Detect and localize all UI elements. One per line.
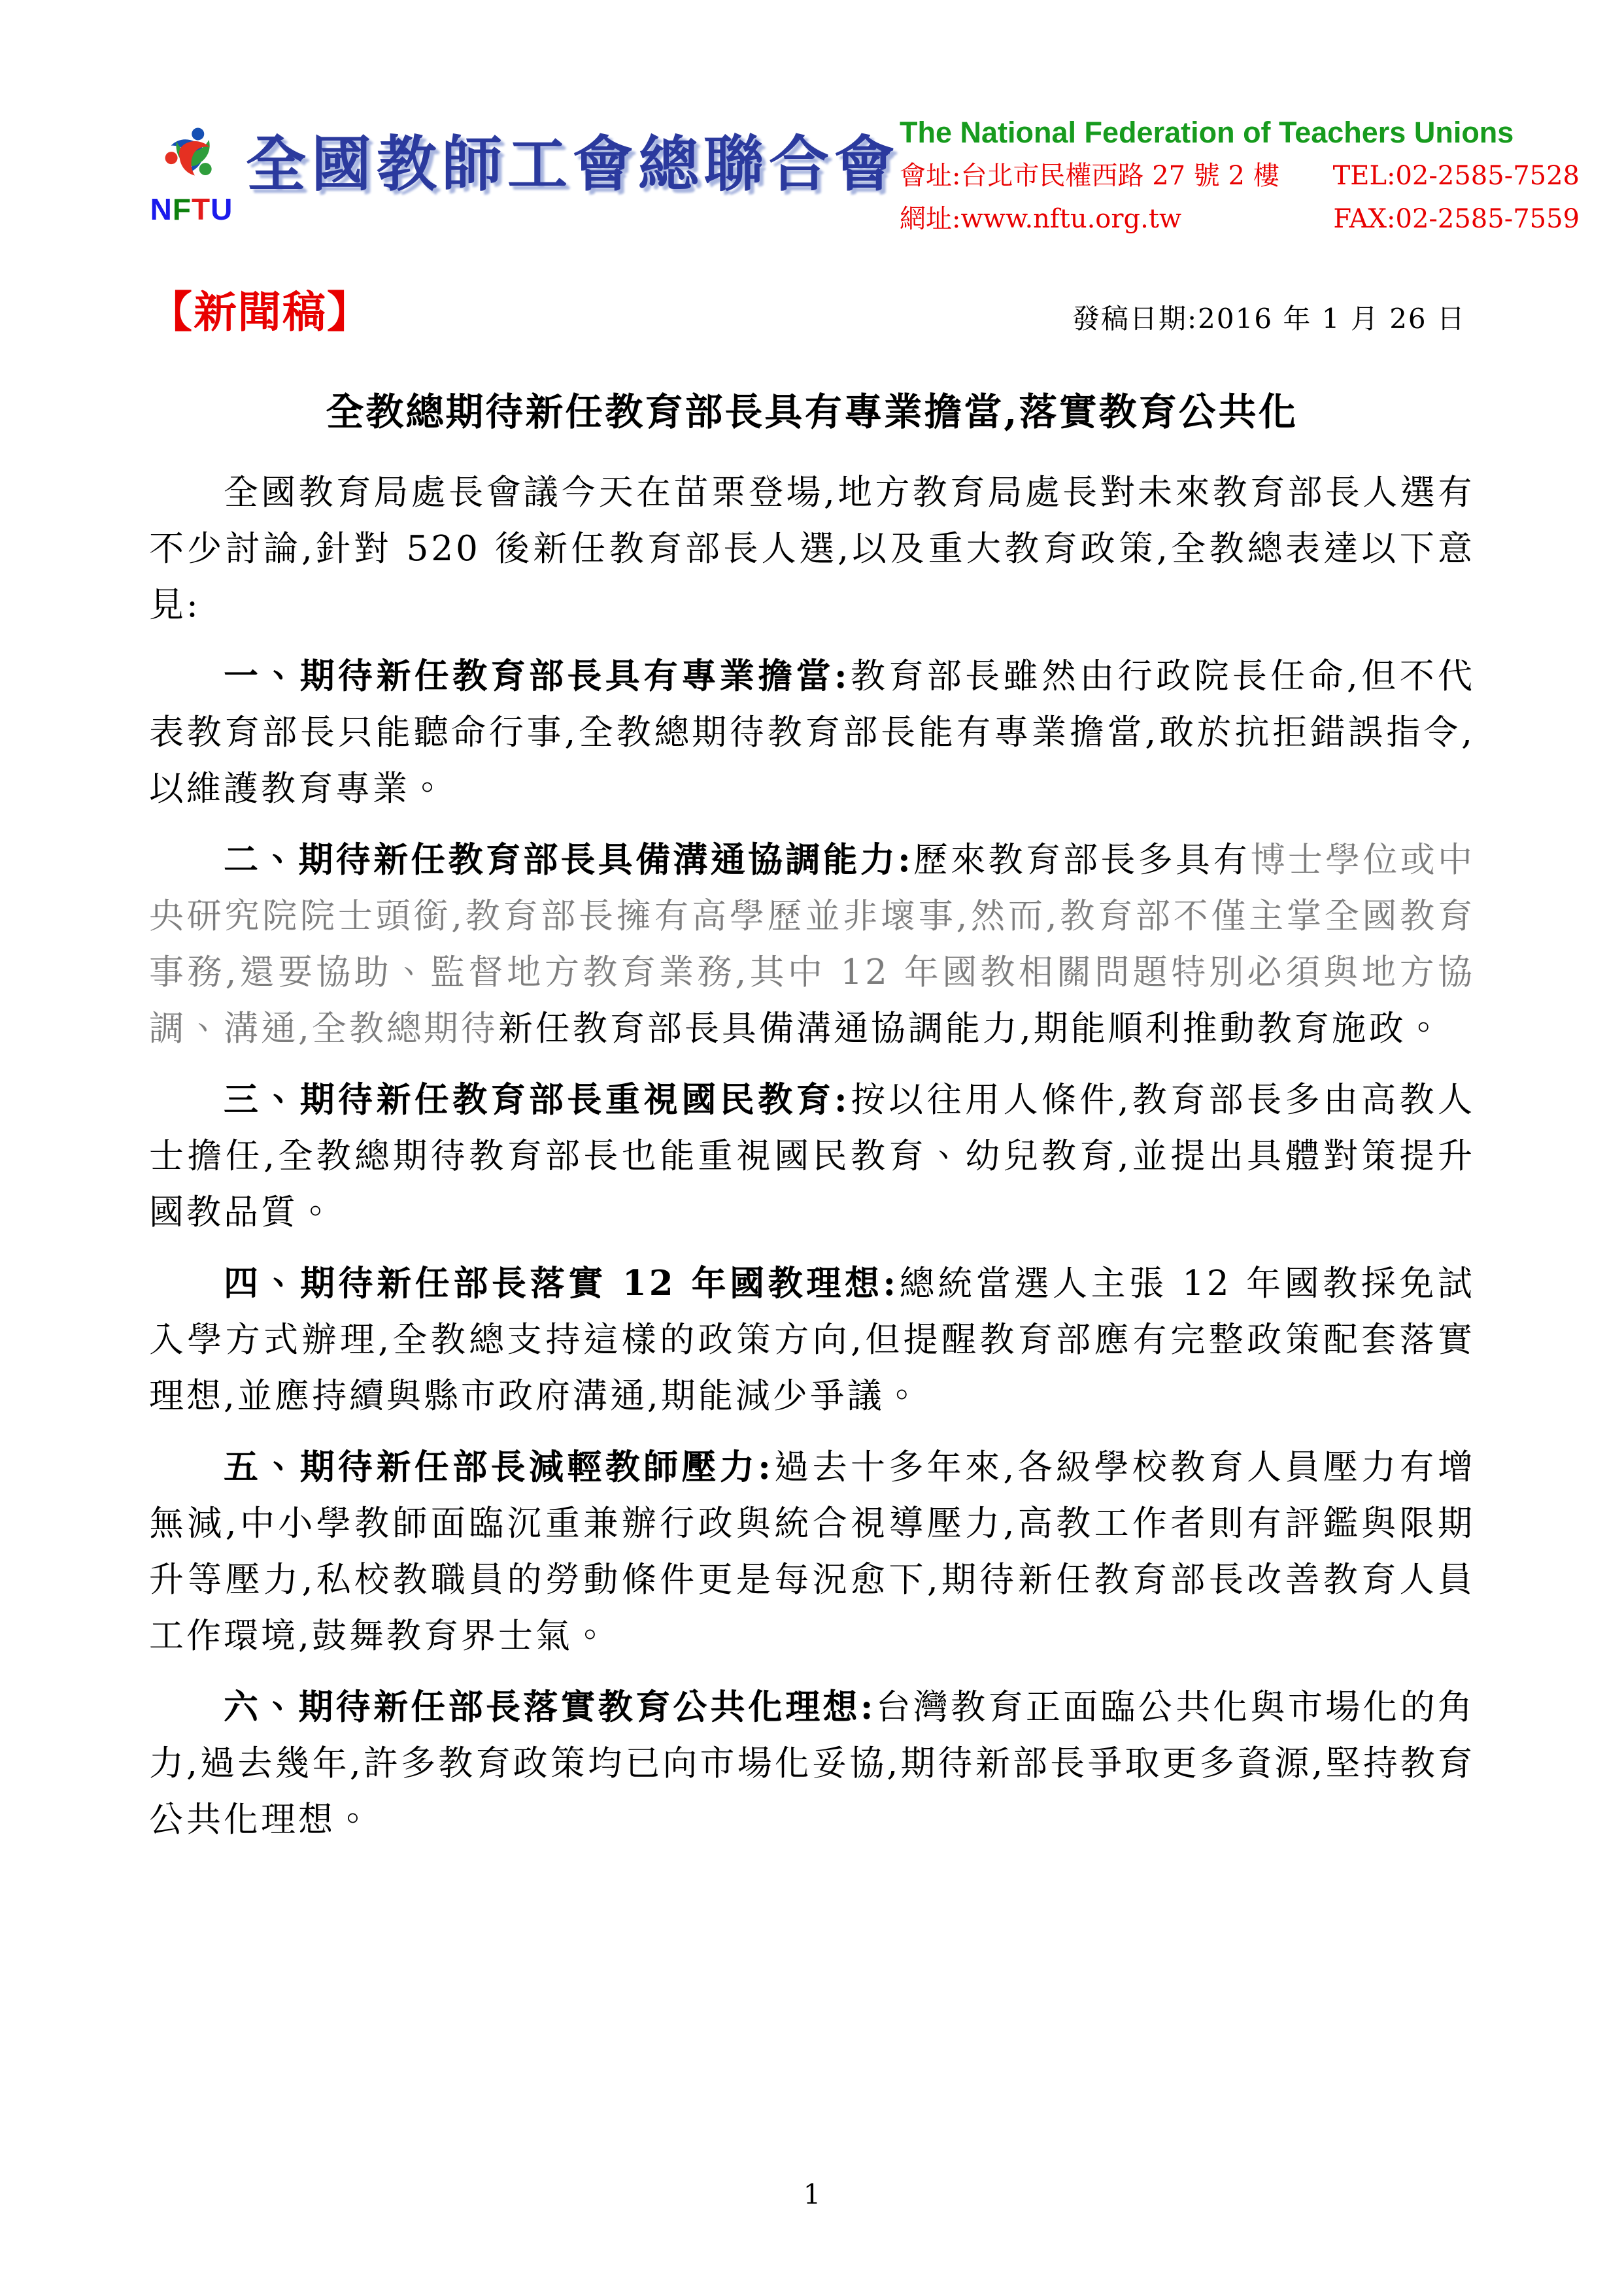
text-segment: 歷來教育部長多具有: [913, 840, 1251, 880]
press-release-page: NFTU 全國教師工會總聯合會 The National Federation …: [0, 0, 1624, 2294]
paragraph: 二、期待新任教育部長具備溝通協調能力:歷來教育部長多具有博士學位或中央研究院院士…: [149, 832, 1475, 1057]
paragraph: 四、期待新任部長落實 12 年國教理想:總統當選人主張 12 年國教採免試入學方…: [149, 1255, 1475, 1425]
document-title: 全教總期待新任教育部長具有專業擔當,落實教育公共化: [149, 381, 1475, 436]
paragraph: 全國教育局處長會議今天在苗栗登場,地方教育局處長對未來教育部長人選有不少討論,針…: [149, 465, 1475, 633]
org-fax: FAX:02-2585-7559: [1333, 203, 1580, 235]
org-address: 會址:台北市民權西路 27 號 2 樓: [900, 160, 1279, 192]
press-release-tag: 【新聞稿】: [149, 277, 371, 339]
meta-row: 【新聞稿】 發稿日期:2016 年 1 月 26 日: [149, 277, 1475, 339]
text-segment: 六、期待新任部長落實教育公共化理想:: [224, 1687, 875, 1727]
org-website: 網址:www.nftu.org.tw: [900, 203, 1181, 235]
paragraph: 三、期待新任教育部長重視國民教育:按以往用人條件,教育部長多由高教人士擔任,全教…: [149, 1071, 1475, 1241]
nftu-logo-icon: [156, 115, 227, 191]
text-segment: 四、期待新任部長落實 12 年國教理想:: [224, 1263, 898, 1304]
nftu-acronym: NFTU: [149, 194, 234, 225]
letterhead-left: NFTU 全國教師工會總聯合會: [149, 110, 900, 225]
page-number: 1: [804, 2178, 821, 2210]
org-name-chinese: 全國教師工會總聯合會: [246, 127, 900, 202]
text-segment: 五、期待新任部長減輕教師壓力:: [224, 1447, 773, 1487]
org-name-english: The National Federation of Teachers Unio…: [900, 116, 1580, 149]
text-segment: 二、期待新任教育部長具備溝通協調能力:: [224, 839, 913, 880]
paragraph: 五、期待新任部長減輕教師壓力:過去十多年來,各級學校教育人員壓力有增無減,中小學…: [149, 1439, 1475, 1664]
org-telephone: TEL:02-2585-7528: [1333, 160, 1580, 192]
logo-block: NFTU: [149, 110, 234, 225]
acronym-letter: N: [150, 192, 173, 226]
page-footer: 1: [0, 2178, 1624, 2210]
text-segment: 全國教育局處長會議今天在苗栗登場,地方教育局處長對未來教育部長人選有不少討論,針…: [149, 473, 1475, 625]
contact-row-1: 會址:台北市民權西路 27 號 2 樓 TEL:02-2585-7528: [900, 160, 1580, 192]
text-segment: 三、期待新任教育部長重視國民教育:: [224, 1079, 850, 1120]
release-date: 發稿日期:2016 年 1 月 26 日: [1072, 297, 1466, 339]
acronym-letter: T: [192, 192, 211, 226]
letterhead: NFTU 全國教師工會總聯合會 The National Federation …: [149, 110, 1475, 235]
text-segment: 新任教育部長具備溝通協調能力,期能順利推動教育施政。: [498, 1009, 1444, 1049]
acronym-letter: U: [211, 192, 233, 226]
contact-row-2: 網址:www.nftu.org.tw FAX:02-2585-7559: [900, 203, 1580, 235]
paragraph: 一、期待新任教育部長具有專業擔當:教育部長雖然由行政院長任命,但不代表教育部長只…: [149, 648, 1475, 817]
letterhead-right: The National Federation of Teachers Unio…: [900, 110, 1580, 235]
text-segment: 一、期待新任教育部長具有專業擔當:: [224, 656, 850, 696]
acronym-letter: F: [173, 192, 192, 226]
paragraph: 六、期待新任部長落實教育公共化理想:台灣教育正面臨公共化與市場化的角力,過去幾年…: [149, 1679, 1475, 1848]
body-paragraphs: 全國教育局處長會議今天在苗栗登場,地方教育局處長對未來教育部長人選有不少討論,針…: [149, 465, 1475, 1848]
